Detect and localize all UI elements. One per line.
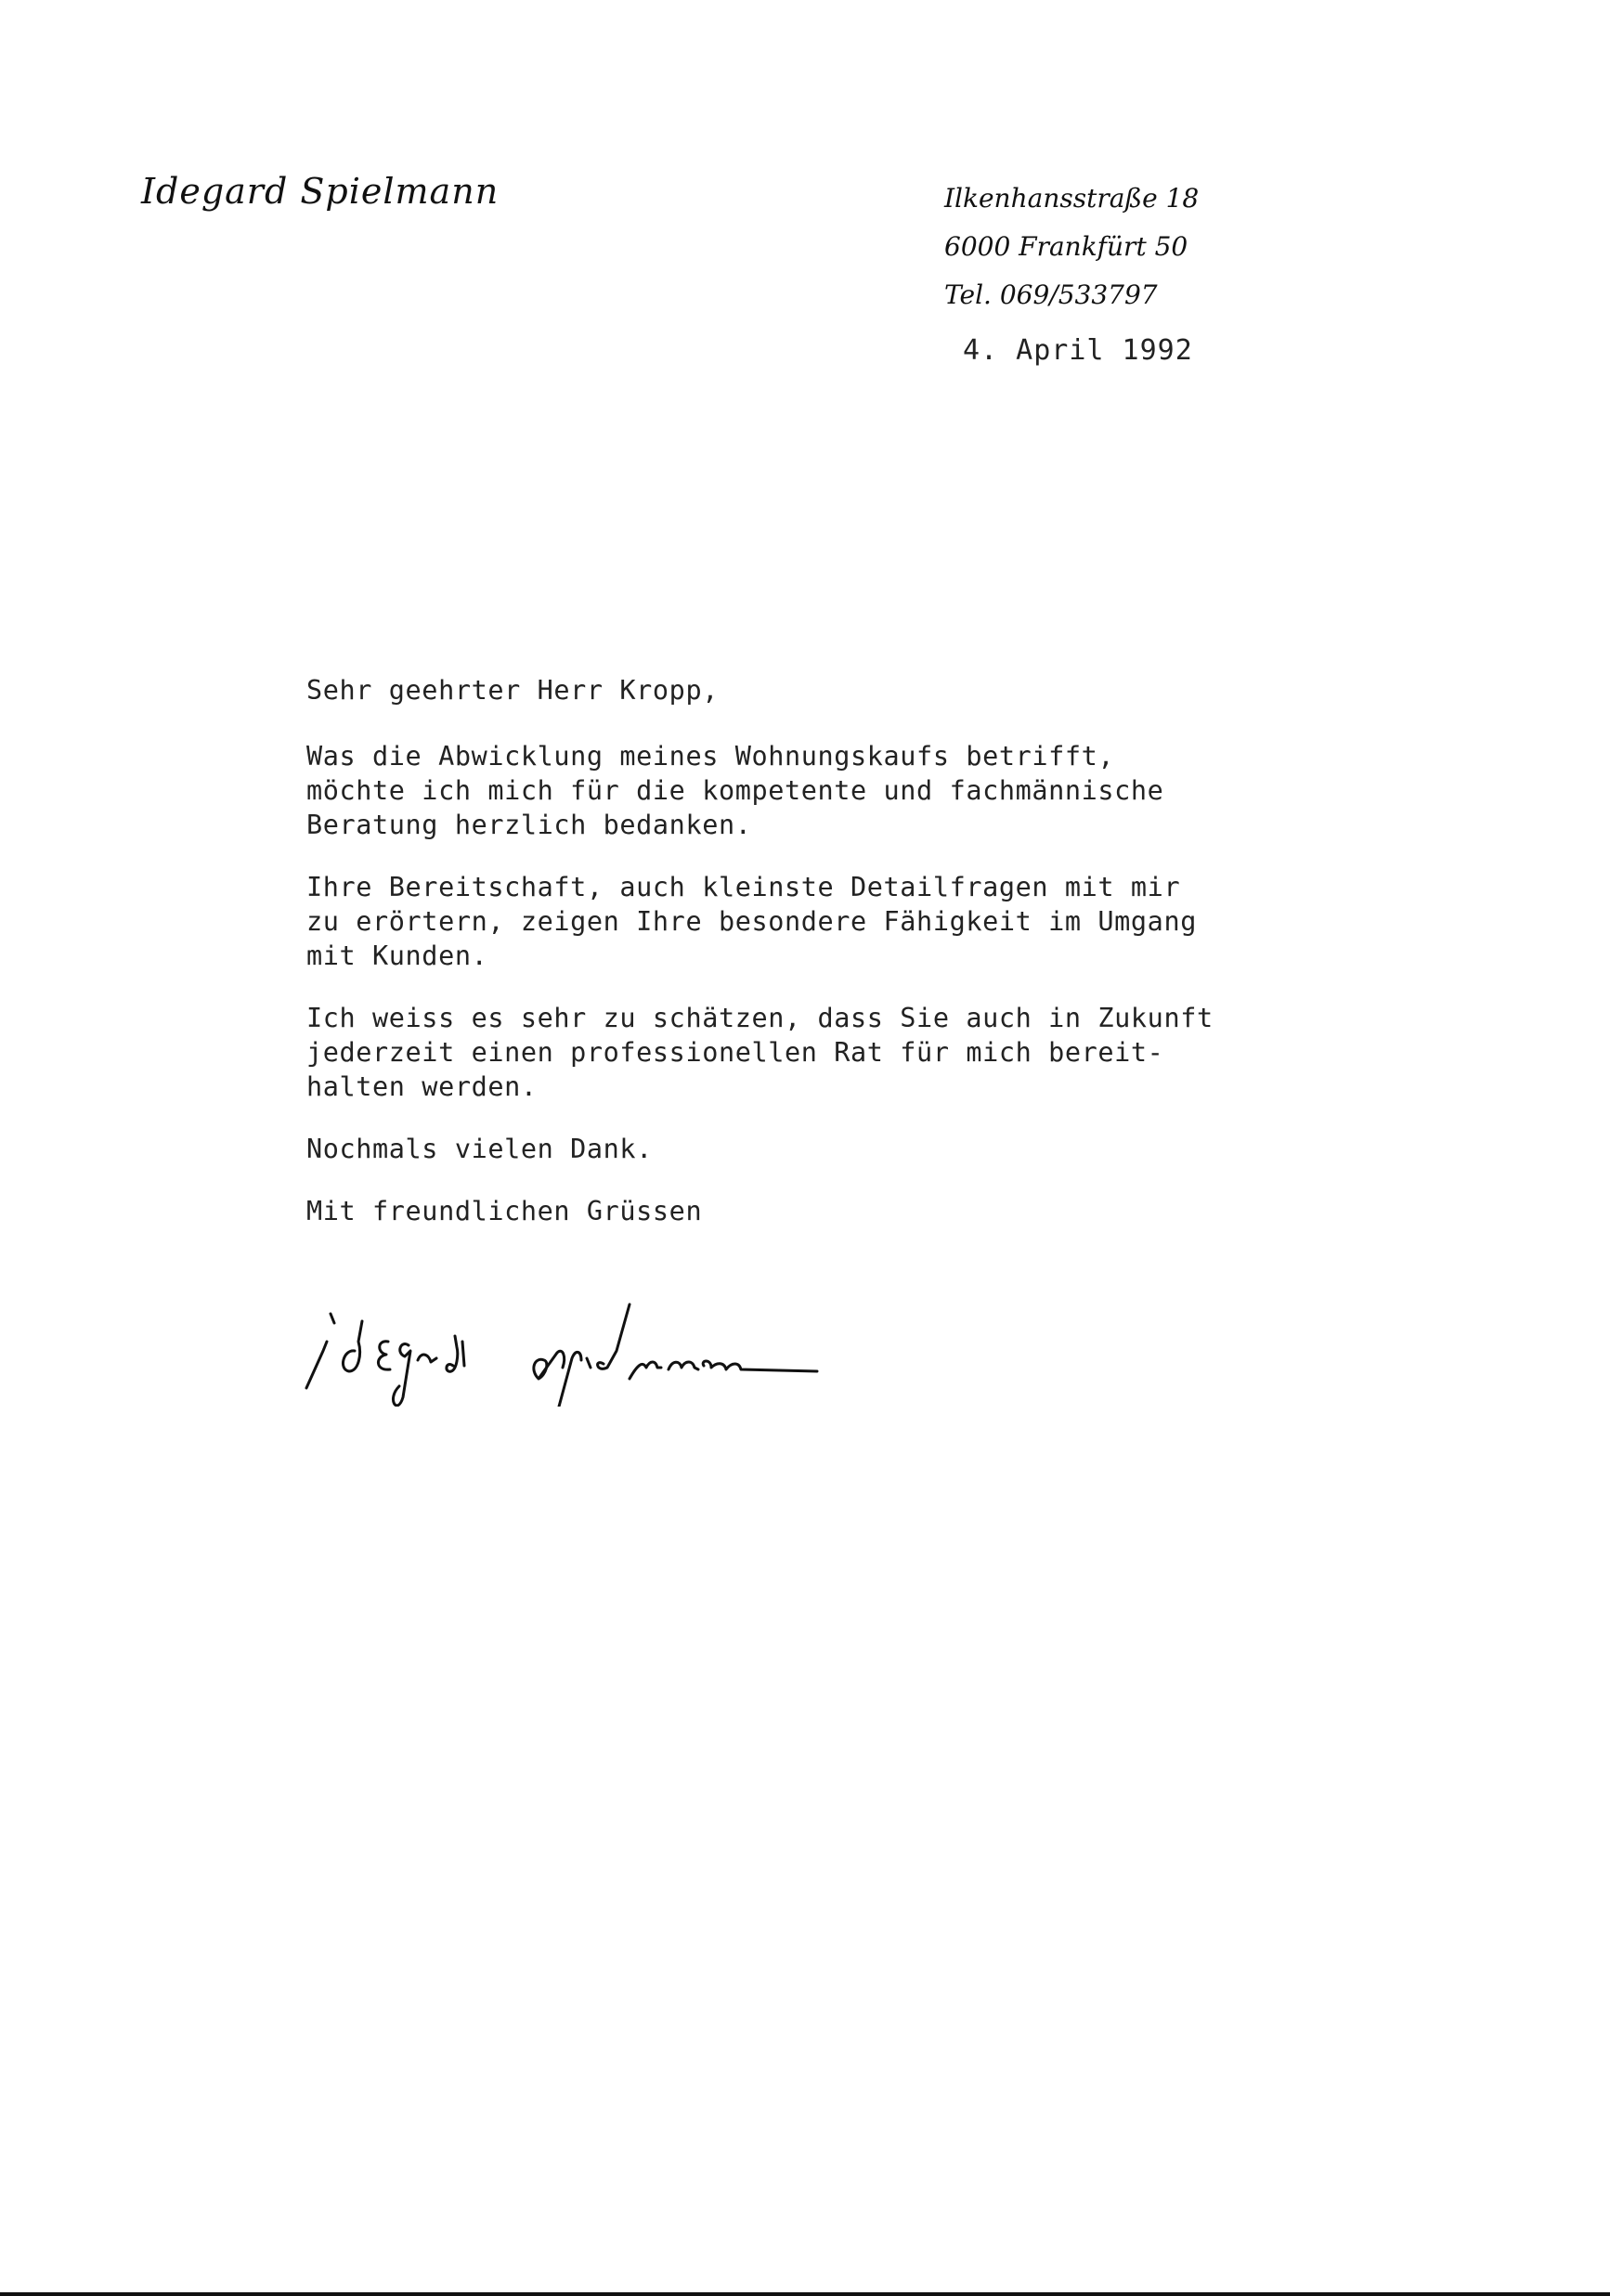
letter-body: Sehr geehrter Herr Kropp, Was die Abwick… [306, 673, 1281, 1256]
scan-edge-divider [0, 2292, 1610, 2296]
paragraph: Was die Abwicklung meines Wohnungskaufs … [306, 739, 1281, 842]
letterhead-name: Idegard Spielmann [141, 171, 499, 212]
letter-date: 4. April 1992 [963, 334, 1193, 367]
address-city: 6000 Frankfürt 50 [944, 223, 1199, 271]
paragraph: Ihre Bereitschaft, auch kleinste Detailf… [306, 870, 1281, 973]
paragraph: Nochmals vielen Dank. [306, 1132, 1281, 1166]
closing: Mit freundlichen Grüssen [306, 1194, 1281, 1228]
handwritten-signature-icon [297, 1295, 1003, 1407]
address-street: Ilkenhansstraße 18 [944, 175, 1199, 223]
paragraph: Ich weiss es sehr zu schätzen, dass Sie … [306, 1001, 1281, 1104]
salutation: Sehr geehrter Herr Kropp, [306, 673, 1281, 707]
address-phone: Tel. 069/533797 [944, 271, 1199, 319]
sender-address: Ilkenhansstraße 18 6000 Frankfürt 50 Tel… [944, 175, 1199, 319]
